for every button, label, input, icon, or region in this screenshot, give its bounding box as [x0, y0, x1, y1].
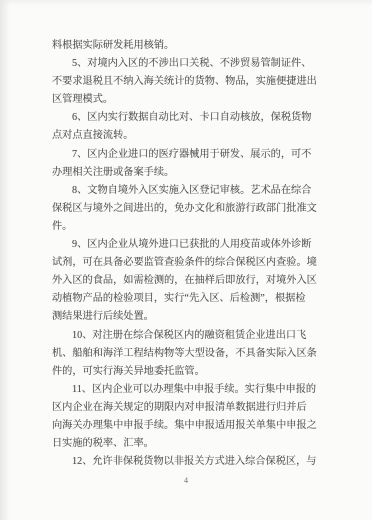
text-line: 动植物产品的检验项目，实行“先入区、后检测”，根据检 [52, 290, 316, 308]
text-line: 向海关办理集中申报手续。集中申报适用报关单集中申报之 [52, 417, 316, 435]
text-line: 10、对注册在综合保税区内的融资租赁企业进出口飞 [52, 327, 316, 345]
text-line: 7、区内企业进口的医疗器械用于研发、展示的，可不 [52, 146, 316, 164]
document-text: 料根据实际研发耗用核销。5、对境内入区的不涉出口关税、不涉贸易管制证件、不要求退… [52, 37, 316, 471]
document-page: 料根据实际研发耗用核销。5、对境内入区的不涉出口关税、不涉贸易管制证件、不要求退… [0, 0, 372, 520]
text-line: 日实施的税率、汇率。 [52, 435, 316, 453]
text-line: 保税区与境外之间进出的，免办文化和旅游行政部门批准文 [52, 200, 316, 218]
text-line: 机、船舶和海洋工程结构物等大型设备，不具备实际入区条 [52, 345, 316, 363]
text-line: 5、对境内入区的不涉出口关税、不涉贸易管制证件、 [52, 55, 316, 73]
text-line: 9、区内企业从境外进口已获批的人用疫苗或体外诊断 [52, 236, 316, 254]
scan-edge-top [0, 0, 372, 6]
text-line: 外入区的食品，如需检测的，在抽样后即放行，对境外入区 [52, 272, 316, 290]
page-number: 4 [0, 476, 372, 485]
text-line: 试剂，可在具备必要监管查验条件的综合保税区内查验。境 [52, 254, 316, 272]
text-line: 12、允许非保税货物以非报关方式进入综合保税区，与 [52, 453, 316, 471]
text-line: 8、文物自境外入区实施入区登记审核。艺术品在综合 [52, 182, 316, 200]
text-line: 料根据实际研发耗用核销。 [52, 37, 316, 55]
text-line: 件的，可实行海关异地委托监管。 [52, 363, 316, 381]
text-line: 6、区内实行数据自动比对、卡口自动核放，保税货物 [52, 109, 316, 127]
scan-edge-left [0, 0, 10, 520]
text-line: 点对点直接流转。 [52, 127, 316, 145]
text-line: 件。 [52, 218, 316, 236]
text-line: 不要求退税且不纳入海关统计的货物、物品，实施便捷进出 [52, 73, 316, 91]
text-line: 区管理模式。 [52, 91, 316, 109]
text-line: 办理相关注册或备案手续。 [52, 164, 316, 182]
text-line: 区内企业在海关规定的期限内对申报清单数据进行归并后 [52, 399, 316, 417]
text-line: 测结果进行后续处置。 [52, 308, 316, 326]
text-line: 11、区内企业可以办理集中申报手续。实行集中申报的 [52, 381, 316, 399]
